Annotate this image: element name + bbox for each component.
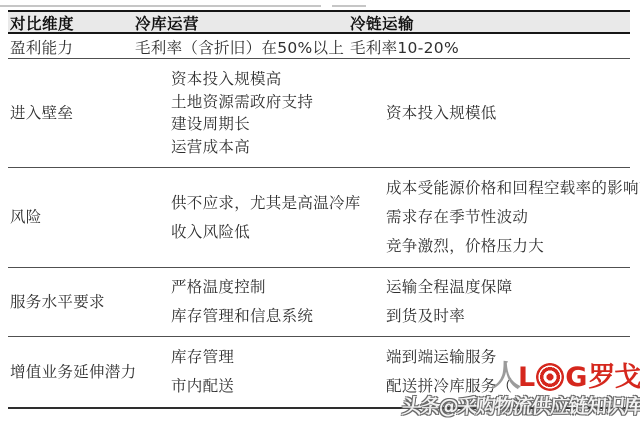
cell-line: 竞争激烈，价格压力大	[386, 232, 640, 261]
cell-line: 供不应求，尤其是高温冷库	[171, 189, 348, 218]
cell-line: 收入风险低	[171, 218, 348, 247]
logo-name-cn: 罗戈网	[588, 364, 640, 391]
cropped-top-rule-right	[332, 5, 366, 7]
cell-line: 库存管理和信息系统	[171, 302, 348, 331]
cold-chain-cell: 运输全程温度保障到货及时率	[348, 268, 630, 336]
person-figure-icon: 人	[491, 362, 521, 392]
cell-line: 运营成本高	[171, 136, 348, 159]
cell-line: 增值业务延伸潜力	[10, 358, 133, 387]
header-cold-storage: 冷库运营	[133, 12, 348, 34]
header-dimension: 对比维度	[8, 12, 133, 34]
cell-line: 严格温度控制	[171, 273, 348, 302]
cell-line: 风险	[10, 203, 133, 232]
dimension-cell: 进入壁垒	[8, 59, 133, 167]
cold-storage-cell: 严格温度控制库存管理和信息系统	[133, 268, 348, 336]
table-row: 服务水平要求严格温度控制库存管理和信息系统运输全程温度保障到货及时率	[8, 268, 630, 337]
cell-line: 土地资源需政府支持	[171, 91, 348, 114]
screenshot-root: 对比维度 冷库运营 冷链运输 盈利能力毛利率（含折旧）在50%以上毛利率10-2…	[0, 0, 640, 424]
cold-storage-cell: 供不应求，尤其是高温冷库收入风险低	[133, 168, 348, 267]
cold-chain-cell: 资本投入规模低	[348, 59, 630, 167]
cell-line: 资本投入规模低	[386, 99, 630, 128]
logo-letter-l: L	[518, 364, 535, 391]
logo-letter-g: G	[565, 364, 587, 391]
cell-line: 进入壁垒	[10, 99, 133, 128]
cold-storage-cell: 资本投入规模高土地资源需政府支持建设周期长运营成本高	[133, 59, 348, 167]
cropped-top-rule-left	[0, 5, 321, 7]
watermark-text: 头条@采购物流供应链知识库	[401, 390, 640, 419]
dimension-cell: 服务水平要求	[8, 268, 133, 336]
cell-line: 运输全程温度保障	[386, 273, 630, 302]
cell-line: 需求存在季节性波动	[386, 203, 640, 232]
cell-line: 成本受能源价格和回程空载率的影响高	[386, 174, 640, 203]
table-row: 进入壁垒资本投入规模高土地资源需政府支持建设周期长运营成本高资本投入规模低	[8, 59, 630, 168]
table-row: 风险供不应求，尤其是高温冷库收入风险低成本受能源价格和回程空载率的影响高需求存在…	[8, 168, 630, 268]
dimension-cell: 风险	[8, 168, 133, 267]
cold-chain-cell: 成本受能源价格和回程空载率的影响高需求存在季节性波动竞争激烈，价格压力大	[348, 168, 640, 267]
cold-storage-cell: 库存管理市内配送	[133, 337, 348, 407]
cell-line: 库存管理	[171, 343, 348, 372]
cell-line: 市内配送	[171, 372, 348, 401]
header-cold-chain: 冷链运输	[348, 12, 630, 34]
comparison-table: 对比维度 冷库运营 冷链运输 盈利能力毛利率（含折旧）在50%以上毛利率10-2…	[8, 10, 630, 409]
target-icon	[536, 363, 564, 391]
cell-line: 服务水平要求	[10, 288, 133, 317]
cell-line: 建设周期长	[171, 113, 348, 136]
cell-line: 资本投入规模高	[171, 68, 348, 91]
table-body: 盈利能力毛利率（含折旧）在50%以上毛利率10-20%进入壁垒资本投入规模高土地…	[8, 34, 630, 409]
cell-line: 到货及时率	[386, 302, 630, 331]
dimension-cell: 增值业务延伸潜力	[8, 337, 133, 407]
table-row: 盈利能力毛利率（含折旧）在50%以上毛利率10-20%	[8, 34, 630, 59]
table-header-row: 对比维度 冷库运营 冷链运输	[8, 10, 630, 34]
